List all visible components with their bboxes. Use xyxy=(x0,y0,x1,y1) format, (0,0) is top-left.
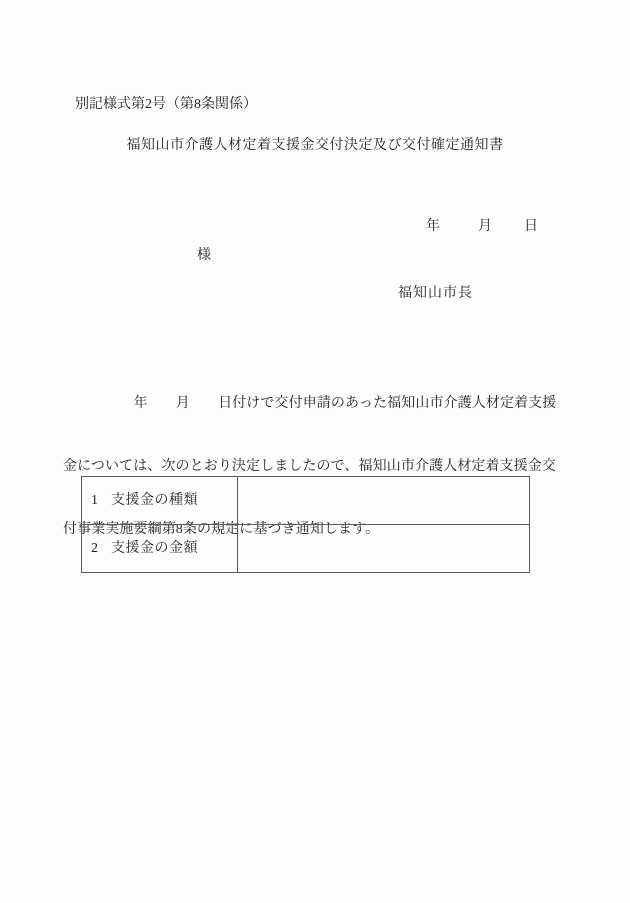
body-line: 年 月 日付けで交付申請のあった福知山市介護人材定着支援 xyxy=(63,393,569,414)
table-cell-value xyxy=(238,525,530,573)
addressee-honorific: 様 xyxy=(197,245,211,266)
form-number-label: 別記様式第2号（第8条関係） xyxy=(75,94,257,115)
table-cell-label: 2支援金の金額 xyxy=(82,525,238,573)
row-number: 1 xyxy=(91,493,98,508)
table-row-grant-amount: 2支援金の金額 xyxy=(82,525,530,573)
table-cell-label: 1支援金の種類 xyxy=(82,477,238,525)
table-cell-value xyxy=(238,477,530,525)
table-row-grant-type: 1支援金の種類 xyxy=(82,477,530,525)
body-line: 金については、次のとおり決定しましたので、福知山市介護人材定着支援金交 xyxy=(63,456,569,477)
grant-details-table: 1支援金の種類 2支援金の金額 xyxy=(81,476,530,573)
date-year-label: 年 xyxy=(426,219,440,234)
date-month-label: 月 xyxy=(478,219,492,234)
date-line: 年月日 xyxy=(412,195,538,258)
sender-mayor-label: 福知山市長 xyxy=(398,283,473,304)
row-number: 2 xyxy=(91,541,98,556)
row-label: 支援金の種類 xyxy=(111,493,198,508)
date-day-label: 日 xyxy=(524,219,538,234)
document-title: 福知山市介護人材定着支援金交付決定及び交付確定通知書 xyxy=(0,135,630,156)
document-page: 別記様式第2号（第8条関係） 福知山市介護人材定着支援金交付決定及び交付確定通知… xyxy=(0,0,630,903)
row-label: 支援金の金額 xyxy=(111,541,198,556)
